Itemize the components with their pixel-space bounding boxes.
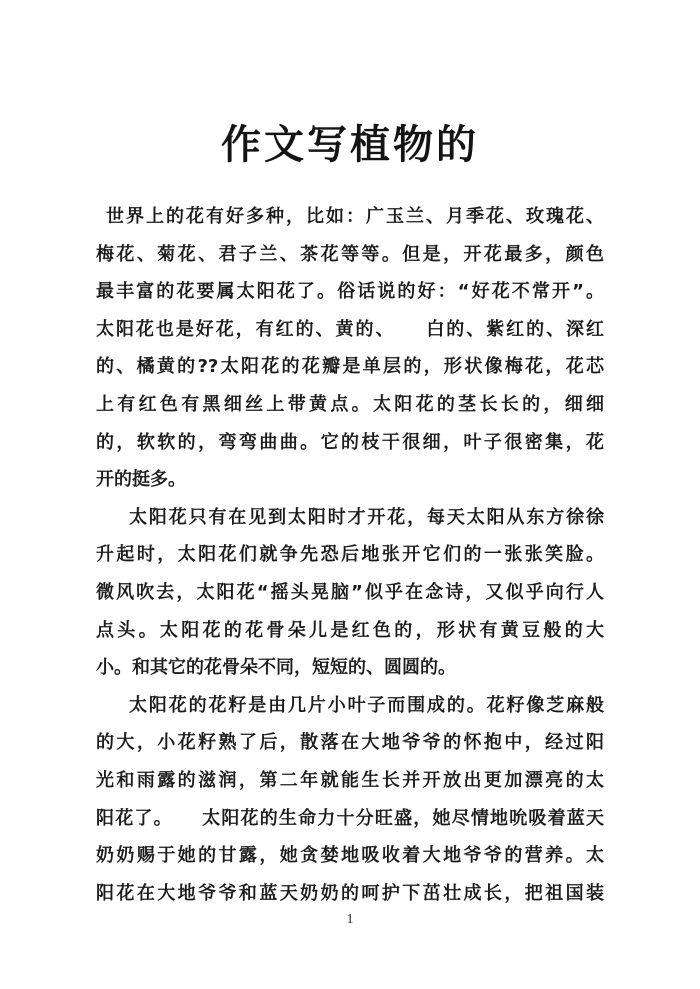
text-line: 升起时，太阳花们就争先恐后地张开它们的一张张笑脸。 (96, 536, 604, 574)
document-page: 作文写植物的 世界上的花有好多种，比如：广玉兰、月季花、玫瑰花、 梅花、菊花、君… (0, 0, 700, 989)
text-line: 微风吹去，太阳花“摇头晃脑”似乎在念诗，又似乎向行人 (96, 574, 604, 612)
text-line: 阳花了。 太阳花的生命力十分旺盛，她尽情地吮吸着蓝天 (96, 800, 604, 838)
text-line: 世界上的花有好多种，比如：广玉兰、月季花、玫瑰花、 (96, 198, 604, 236)
text-line: 梅花、菊花、君子兰、茶花等等。但是，开花最多，颜色 (96, 236, 604, 274)
text-line: 最丰富的花要属太阳花了。俗话说的好：“好花不常开”。 (96, 273, 604, 311)
text-line: 光和雨露的滋润，第二年就能生长并开放出更加漂亮的太 (96, 762, 604, 800)
text-line: 太阳花的花籽是由几片小叶子而围成的。花籽像芝麻般 (96, 687, 604, 725)
text-line: 小。和其它的花骨朵不同，短短的、圆圆的。 (96, 649, 604, 687)
document-body: 世界上的花有好多种，比如：广玉兰、月季花、玫瑰花、 梅花、菊花、君子兰、茶花等等… (96, 198, 604, 912)
text-line: 的，软软的，弯弯曲曲。它的枝干很细，叶子很密集，花 (96, 424, 604, 462)
document-title: 作文写植物的 (0, 121, 700, 169)
text-line: 点头。太阳花的花骨朵儿是红色的，形状有黄豆般的大 (96, 612, 604, 650)
page-number: 1 (0, 911, 700, 929)
text-line: 奶奶赐于她的甘露，她贪婪地吸收着大地爷爷的营养。太 (96, 837, 604, 875)
text-line: 开的挺多。 (96, 461, 604, 499)
text-line: 的大，小花籽熟了后，散落在大地爷爷的怀抱中，经过阳 (96, 724, 604, 762)
text-line: 的、橘黄的??太阳花的花瓣是单层的，形状像梅花，花芯 (96, 348, 604, 386)
text-line: 阳花在大地爷爷和蓝天奶奶的呵护下茁壮成长，把祖国装 (96, 875, 604, 913)
text-line: 太阳花也是好花，有红的、黄的、 白的、紫红的、深红 (96, 311, 604, 349)
text-line: 太阳花只有在见到太阳时才开花，每天太阳从东方徐徐 (96, 499, 604, 537)
text-line: 上有红色有黑细丝上带黄点。太阳花的茎长长的，细细 (96, 386, 604, 424)
